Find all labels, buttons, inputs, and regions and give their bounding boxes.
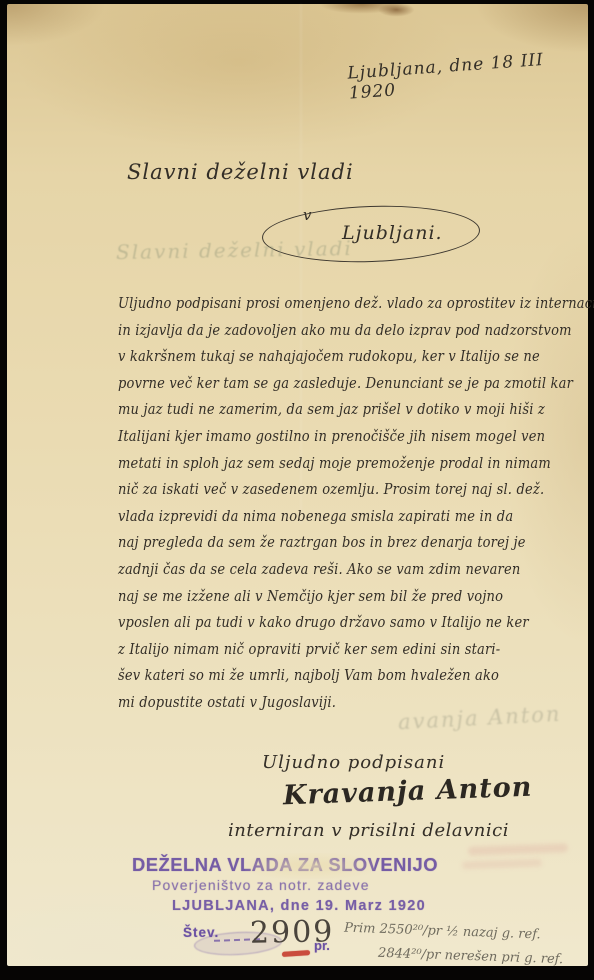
salutation: Slavni deželni vladi (127, 160, 354, 184)
scanned-letter-photo: Ljubljana, dne 18 III 1920 Slavni deželn… (0, 0, 594, 980)
letter-body: Uljudno podpisani prosi omenjeno dež. vl… (118, 291, 573, 717)
stamp-fade-overlay (245, 853, 375, 879)
ink-offset-ghost-salutation: Slavni deželni vladi (116, 236, 353, 264)
stamp-place-date: LJUBLJANA, dne 19. Marz 1920 (172, 898, 426, 914)
salutation-city: Ljubljani. (342, 222, 443, 244)
signature-note: interniran v prisilni delavnici (228, 820, 509, 841)
stamp-subtitle: Poverjeništvo za notr. zadeve (152, 877, 370, 893)
closing-intro: Uljudno podpisani (262, 752, 445, 773)
stamp-pr-label: pr. (314, 938, 330, 953)
